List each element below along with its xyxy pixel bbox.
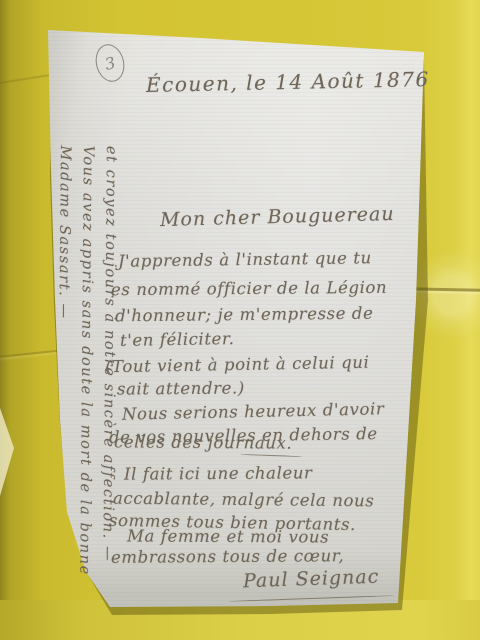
margin-note-line: et croyez toujours à notre sincère affec… (95, 146, 122, 616)
letter-body-line: embrassons tous de cœur, (111, 546, 344, 567)
letter-body-line: sait attendre.) (117, 378, 245, 398)
letter-body-line: J'apprends à l'instant que tu (118, 248, 372, 271)
letter-body-line: Il fait ici une chaleur (124, 463, 313, 483)
letter-body-line: Ma femme et moi vous (127, 526, 329, 546)
letter-body-line: accablante, malgré cela nous (113, 489, 375, 511)
letter-body-line: es nommé officier de la Légion (111, 278, 387, 299)
letter-body-line: celles des journaux. (114, 432, 292, 452)
letter-photograph: 3 Écouen, le 14 Août 1876 Mon cher Bougu… (0, 0, 480, 640)
archival-number: 3 (103, 53, 117, 74)
paper-corner-under-cloth (0, 408, 14, 496)
letter-body-line: t'en féliciter. (120, 329, 235, 350)
margin-note-vertical: et croyez toujours à notre sincère affec… (49, 145, 122, 616)
letter-body-line: d'honneur; je m'empresse de (115, 304, 374, 326)
margin-note-line: Vous avez appris sans doute la mort de l… (72, 146, 99, 616)
